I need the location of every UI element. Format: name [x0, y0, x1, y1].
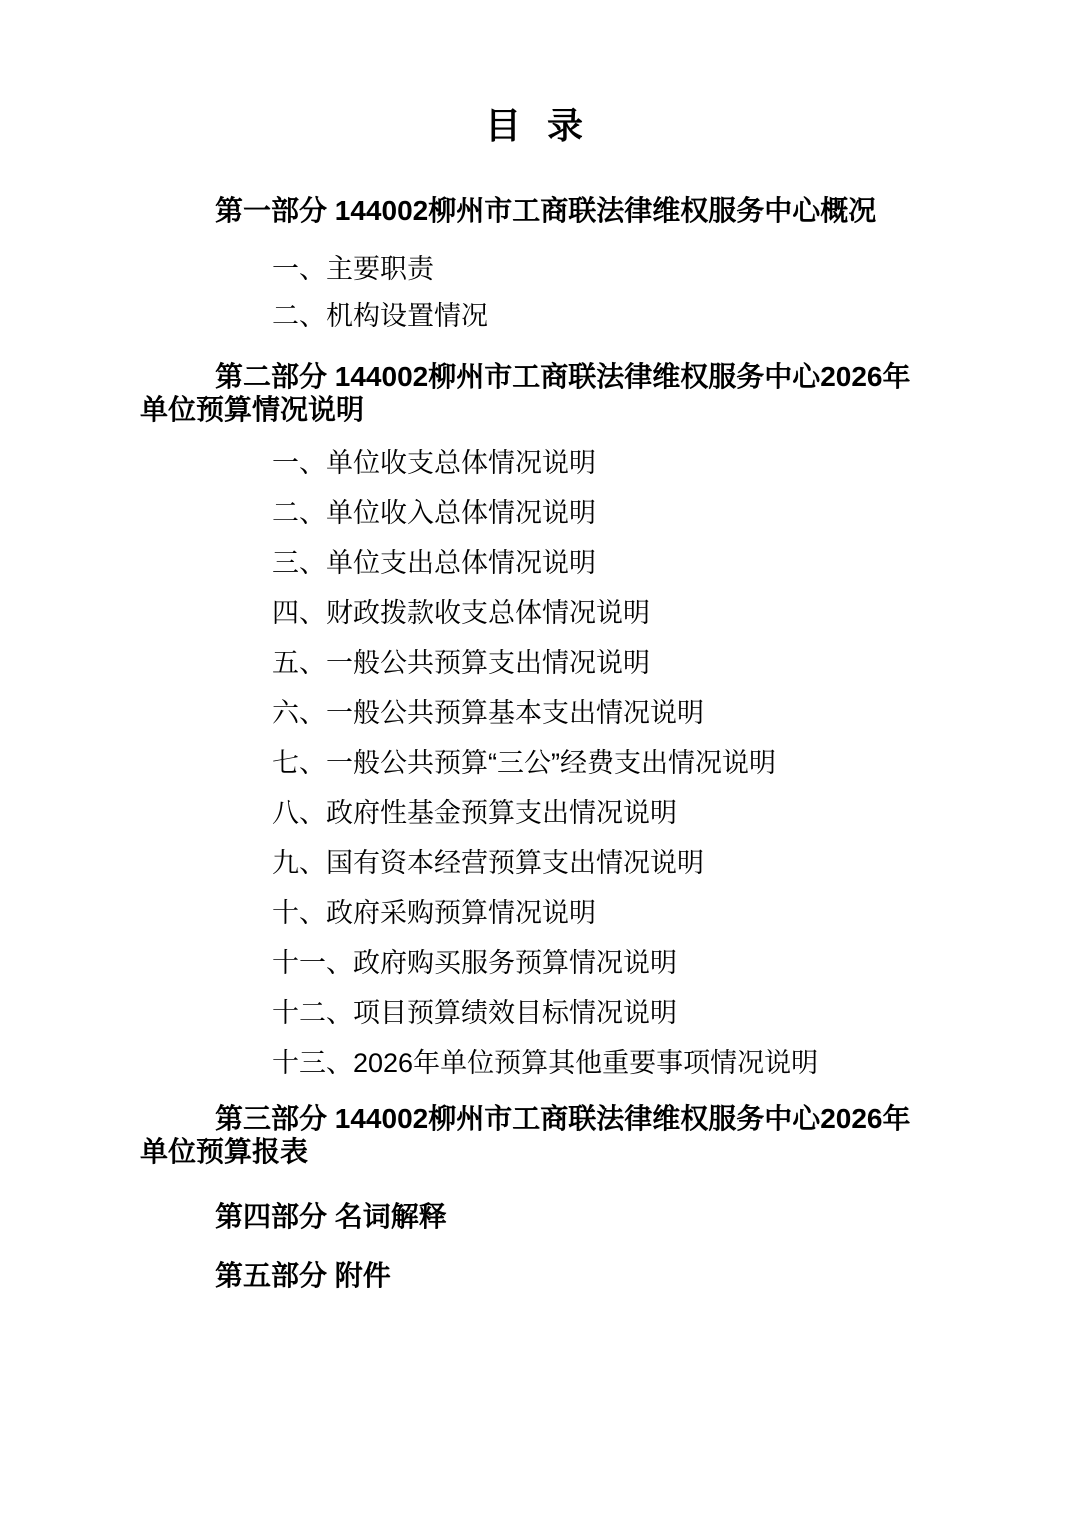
toc-item: 二、机构设置情况	[140, 293, 930, 340]
toc-section-4: 第四部分 名词解释	[140, 1200, 930, 1233]
toc-item: 十三、2026年单位预算其他重要事项情况说明	[140, 1038, 930, 1088]
toc-item: 二、单位收入总体情况说明	[140, 488, 930, 538]
document-page: 目 录 第一部分 144002柳州市工商联法律维权服务中心概况 一、主要职责 二…	[0, 0, 1074, 1520]
toc-section-5: 第五部分 附件	[140, 1259, 930, 1292]
section-heading-part-1: 第一部分 144002柳州市工商联法律维权服务中心概况	[140, 194, 930, 227]
toc-item: 五、一般公共预算支出情况说明	[140, 638, 930, 688]
section-heading-part-5: 第五部分 附件	[140, 1259, 930, 1292]
toc-item: 一、主要职责	[140, 246, 930, 293]
toc-section-2: 第二部分 144002柳州市工商联法律维权服务中心2026年单位预算情况说明 一…	[140, 360, 930, 1088]
toc-item: 十、政府采购预算情况说明	[140, 888, 930, 938]
toc-item: 三、单位支出总体情况说明	[140, 538, 930, 588]
toc-section-1: 第一部分 144002柳州市工商联法律维权服务中心概况 一、主要职责 二、机构设…	[140, 194, 930, 340]
section-heading-part-3: 第三部分 144002柳州市工商联法律维权服务中心2026年单位预算报表	[140, 1102, 930, 1168]
toc-item: 一、单位收支总体情况说明	[140, 438, 930, 488]
toc-item: 四、财政拨款收支总体情况说明	[140, 588, 930, 638]
section-heading-part-4: 第四部分 名词解释	[140, 1200, 930, 1233]
toc-item-list: 一、单位收支总体情况说明 二、单位收入总体情况说明 三、单位支出总体情况说明 四…	[140, 438, 930, 1088]
toc-item: 八、政府性基金预算支出情况说明	[140, 788, 930, 838]
section-heading-part-2: 第二部分 144002柳州市工商联法律维权服务中心2026年单位预算情况说明	[140, 360, 930, 426]
toc-item: 十一、政府购买服务预算情况说明	[140, 938, 930, 988]
toc-item-list: 一、主要职责 二、机构设置情况	[140, 246, 930, 340]
toc-section-3: 第三部分 144002柳州市工商联法律维权服务中心2026年单位预算报表	[140, 1102, 930, 1168]
toc-item: 七、一般公共预算“三公”经费支出情况说明	[140, 738, 930, 788]
toc-item: 十二、项目预算绩效目标情况说明	[140, 988, 930, 1038]
toc-item: 六、一般公共预算基本支出情况说明	[140, 688, 930, 738]
page-title: 目 录	[140, 103, 930, 149]
toc-item: 九、国有资本经营预算支出情况说明	[140, 838, 930, 888]
